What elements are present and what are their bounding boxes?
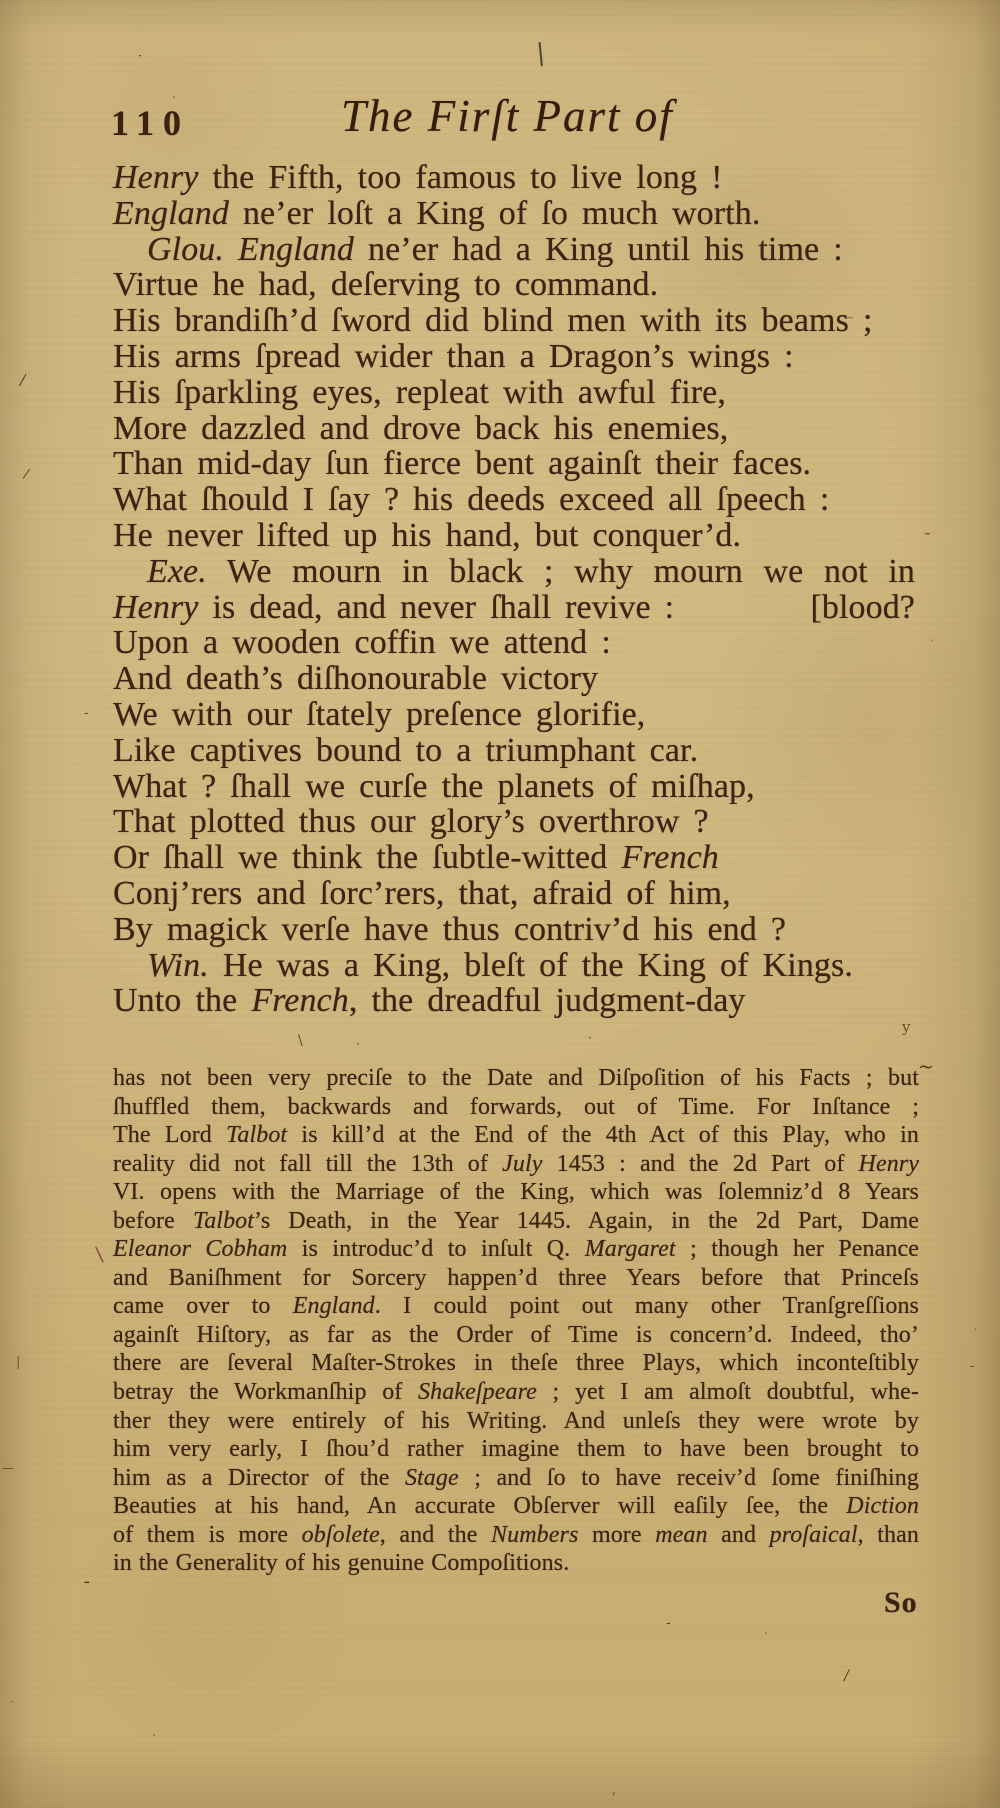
verse-line: Or ſhall we think the ſubtle-witted Fren… [113, 840, 915, 876]
scan-mark: · [764, 1628, 768, 1639]
scan-mark: \ [533, 39, 548, 68]
footnote-line: of them is more obſolete, and the Number… [113, 1521, 919, 1550]
scan-mark: | [16, 1356, 20, 1369]
scan-mark: ‚ [612, 1784, 616, 1796]
verse-line: His brandiſh’d ſword did blind men with … [113, 303, 915, 339]
verse-line: What ? ſhall we curſe the planets of miſ… [113, 769, 915, 805]
scan-mark: ´ [928, 640, 935, 653]
verse-line: By magick verſe have thus contriv’d his … [113, 912, 915, 948]
scan-mark: - [666, 1616, 671, 1630]
scan-mark: / [843, 1668, 850, 1684]
verse-line: Glou. England ne’er had a King until his… [113, 232, 915, 268]
footnote-line: and Baniſhment for Sorcery happen’d thre… [113, 1264, 919, 1293]
verse-line: Virtue he had, deſerving to command. [113, 267, 915, 303]
turnover-word: [blood? [810, 590, 915, 626]
scan-mark: - [970, 1360, 974, 1373]
footnote-line: reality did not fall till the 13th of Ju… [113, 1150, 919, 1179]
catchword: So [884, 1586, 918, 1620]
scan-mark: \ [95, 1244, 104, 1265]
verse-line: Henry is dead, and never ſhall revive :[… [113, 590, 915, 626]
scan-mark: - [84, 1574, 90, 1591]
footnote-line: ſhuffled them, backwards and forwards, o… [113, 1093, 919, 1122]
verse-line: That plotted thus our glory’s overthrow … [113, 804, 915, 840]
scan-mark: - [924, 522, 931, 542]
footnote-line: betray the Workmanſhip of Shakeſpeare ; … [113, 1378, 919, 1407]
footnote-line: ther they were entirely of his Writing. … [113, 1407, 919, 1436]
verse-line: Upon a wooden coffin we attend : [113, 625, 915, 661]
running-title: The Firſt Part of [341, 90, 674, 142]
verse-line: More dazzled and drove back his enemies, [113, 411, 915, 447]
scan-mark: — [2, 1462, 14, 1474]
footnote-line: him very early, I ſhou’d rather imagine … [113, 1435, 919, 1464]
scan-mark: / [22, 468, 30, 482]
footnote-line: came over to England. I could point out … [113, 1292, 919, 1321]
verse-line: England ne’er loſt a King of ſo much wor… [113, 196, 915, 232]
verse-line: Exe. We mourn in black ; why mourn we no… [113, 554, 915, 590]
scan-mark: \ [298, 1034, 303, 1048]
verse-line: And death’s diſhonourable victory [113, 661, 915, 697]
scan-mark: ` [152, 1734, 158, 1746]
page-number: 110 [111, 102, 190, 144]
book-page: 110 The Firſt Part of Henry the Fifth, t… [0, 0, 1000, 1808]
footnote-line: has not been very preciſe to the Date an… [113, 1064, 919, 1093]
verse-line: Win. He was a King, bleſt of the King of… [113, 948, 915, 984]
verse-line: His ſparkling eyes, repleat with awful f… [113, 375, 915, 411]
verse-line: He never lifted up his hand, but conquer… [113, 518, 915, 554]
scan-mark: · [974, 1326, 977, 1336]
scan-mark: · [10, 1698, 13, 1708]
verse-line: His arms ſpread wider than a Dragon’s wi… [113, 339, 915, 375]
footnote-line: The Lord Talbot is kill’d at the End of … [113, 1121, 919, 1150]
footnote-line: Eleanor Cobham is introduc’d to inſult Q… [113, 1235, 919, 1264]
scan-mark: · [588, 1032, 592, 1044]
footnote-line: in the Generality of his genuine Compoſi… [113, 1549, 919, 1578]
footnote-block: has not been very preciſe to the Date an… [113, 1064, 919, 1578]
verse-line: Unto the French, the dreadful judgment-d… [113, 983, 915, 1019]
verse-line: Henry the Fifth, too famous to live long… [113, 160, 915, 196]
scan-mark: - [84, 706, 89, 720]
verse-line: Than mid-day ſun fierce bent againſt the… [113, 446, 915, 482]
scan-mark: y [902, 1020, 910, 1035]
scan-mark: ~ [918, 1058, 934, 1077]
footnote-line: Beauties at his hand, An accurate Obſerv… [113, 1492, 919, 1521]
footnote-line: there are ſeveral Maſter-Strokes in theſ… [113, 1349, 919, 1378]
footnote-line: VI. opens with the Marriage of the King,… [113, 1178, 919, 1207]
footnote-line: againſt Hiſtory, as far as the Order of … [113, 1321, 919, 1350]
scan-mark: · [138, 50, 142, 63]
verse-line: Conj’rers and ſorc’rers, that, afraid of… [113, 876, 915, 912]
footnote-line: him as a Director of the Stage ; and ſo … [113, 1464, 919, 1493]
verse-line: Like captives bound to a triumphant car. [113, 733, 915, 769]
scan-mark: / [18, 372, 27, 389]
footnote-line: before Talbot’s Death, in the Year 1445.… [113, 1207, 919, 1236]
verse-line: We with our ſtately preſence glorifie, [113, 697, 915, 733]
verse-text-block: Henry the Fifth, too famous to live long… [113, 160, 915, 1019]
scan-mark: · [356, 1038, 360, 1050]
verse-line: What ſhould I ſay ? his deeds exceed all… [113, 482, 915, 518]
